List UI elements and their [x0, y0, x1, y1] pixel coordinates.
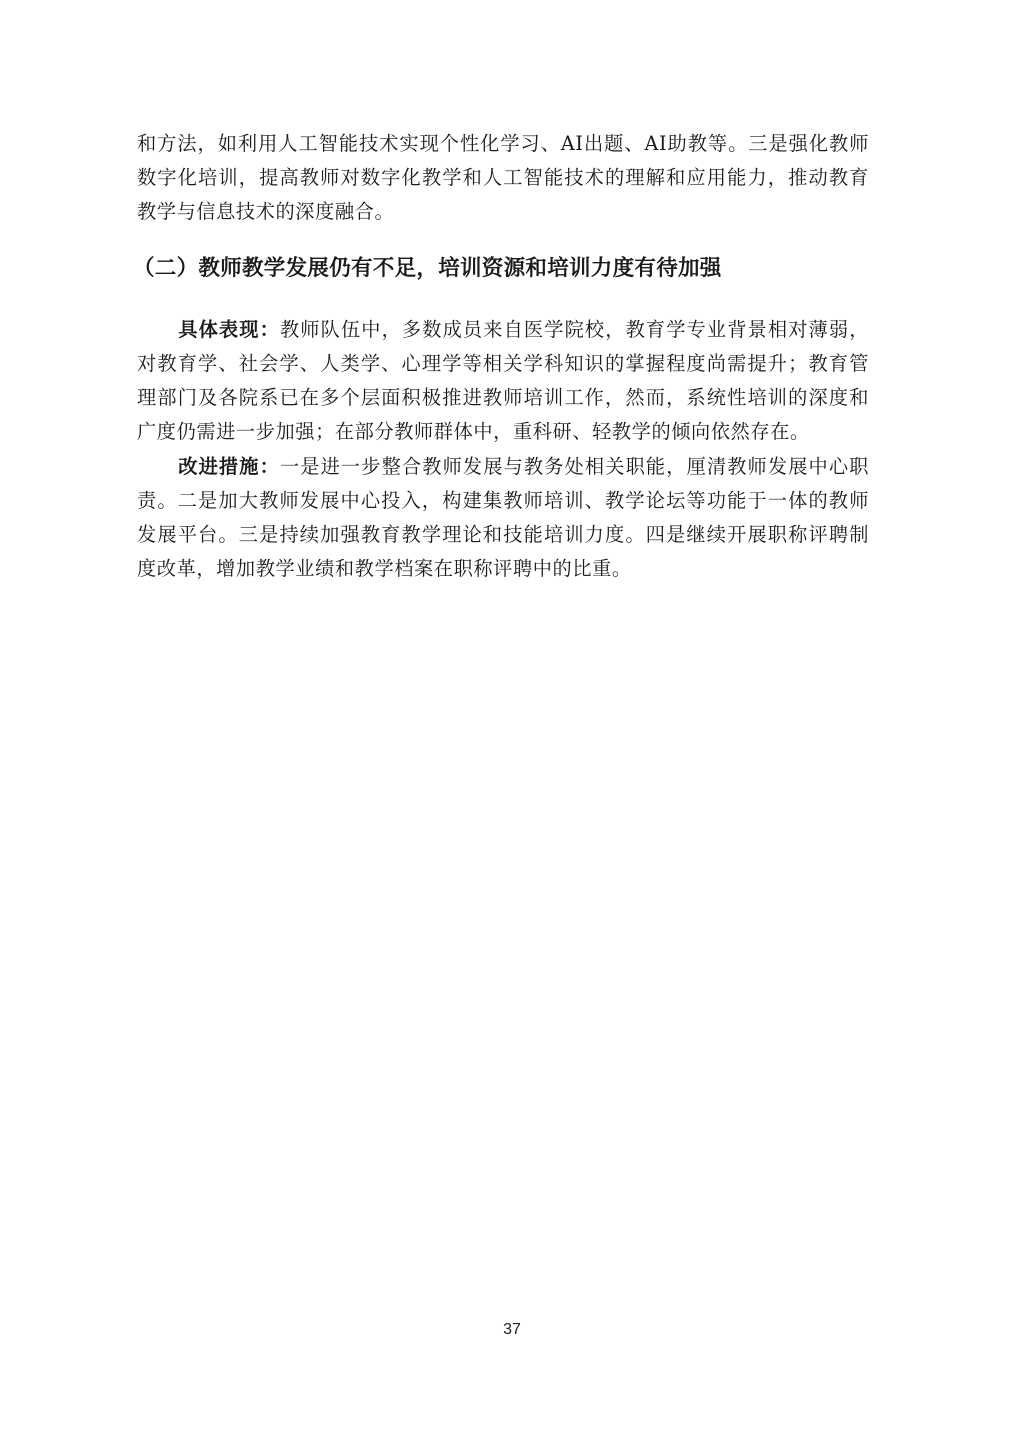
section-heading: （二）教师教学发展仍有不足，培训资源和培训力度有待加强 — [133, 252, 865, 286]
manifestation-label: 具体表现： — [178, 318, 280, 341]
continued-paragraph: 和方法，如利用人工智能技术实现个性化学习、AI出题、AI助教等。三是强化教师数字… — [137, 127, 869, 229]
improvement-label: 改进措施： — [178, 455, 280, 478]
document-page: 和方法，如利用人工智能技术实现个性化学习、AI出题、AI助教等。三是强化教师数字… — [0, 0, 1024, 1448]
improvement-paragraph: 改进措施：一是进一步整合教师发展与教务处相关职能，厘清教师发展中心职责。二是加大… — [137, 450, 869, 586]
manifestation-paragraph: 具体表现：教师队伍中，多数成员来自医学院校，教育学专业背景相对薄弱，对教育学、社… — [137, 313, 869, 449]
page-number: 37 — [0, 1321, 1024, 1339]
